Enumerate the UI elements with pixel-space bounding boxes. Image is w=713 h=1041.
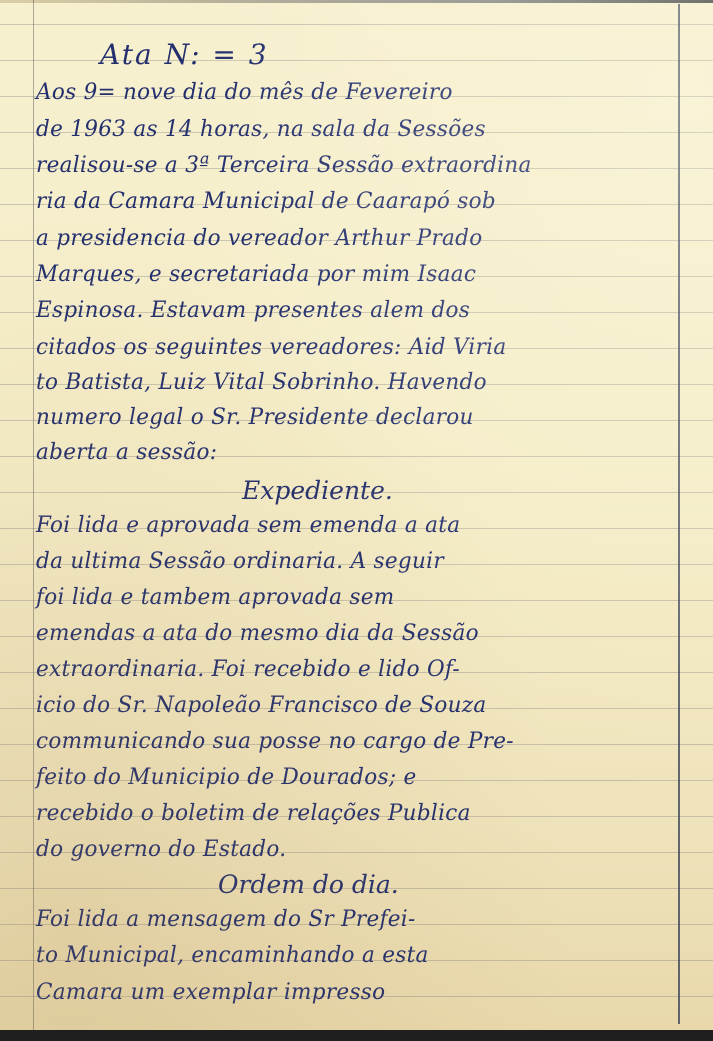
text-line: da ultima Sessão ordinaria. A seguir: [36, 549, 672, 574]
text-line: ria da Camara Municipal de Caarapó sob: [36, 189, 672, 214]
document-title: Ata N: = 3: [100, 38, 269, 71]
text-line: Camara um exemplar impresso: [36, 980, 672, 1005]
text-line: foi lida e tambem aprovada sem: [36, 585, 672, 610]
text-line: extraordinaria. Foi recebido e lido Of-: [36, 657, 672, 682]
text-line: a presidencia do vereador Arthur Prado: [36, 226, 672, 251]
text-line: recebido o boletim de relações Publica: [36, 801, 672, 826]
text-line: feito do Municipio de Dourados; e: [36, 765, 672, 790]
bottom-bar: [0, 1030, 713, 1041]
text-line: do governo do Estado.: [36, 837, 672, 862]
section-heading-ordem-do-dia: Ordem do dia.: [218, 870, 399, 899]
text-line: Foi lida a mensagem do Sr Prefei-: [36, 907, 672, 932]
text-line: Aos 9= nove dia do mês de Fevereiro: [36, 80, 672, 105]
text-line: Espinosa. Estavam presentes alem dos: [36, 298, 672, 323]
text-line: realisou-se a 3ª Terceira Sessão extraor…: [36, 153, 672, 178]
text-line: icio do Sr. Napoleão Francisco de Souza: [36, 693, 672, 718]
text-line: communicando sua posse no cargo de Pre-: [36, 729, 672, 754]
text-line: de 1963 as 14 horas, na sala da Sessões: [36, 117, 672, 142]
text-line: aberta a sessão:: [36, 440, 672, 465]
text-line: Marques, e secretariada por mim Isaac: [36, 262, 672, 287]
left-margin-line: [33, 0, 34, 1030]
right-margin-line: [678, 4, 680, 1024]
text-line: citados os seguintes vereadores: Aid Vir…: [36, 335, 672, 360]
text-line: Foi lida e aprovada sem emenda a ata: [36, 513, 672, 538]
page-top-edge: [0, 0, 713, 3]
section-heading-expediente: Expediente.: [242, 476, 393, 505]
text-line: to Municipal, encaminhando a esta: [36, 943, 672, 968]
handwritten-page: Ata N: = 3 Aos 9= nove dia do mês de Fev…: [0, 0, 713, 1030]
text-line: emendas a ata do mesmo dia da Sessão: [36, 621, 672, 646]
text-line: to Batista, Luiz Vital Sobrinho. Havendo: [36, 370, 672, 395]
text-line: numero legal o Sr. Presidente declarou: [36, 405, 672, 430]
